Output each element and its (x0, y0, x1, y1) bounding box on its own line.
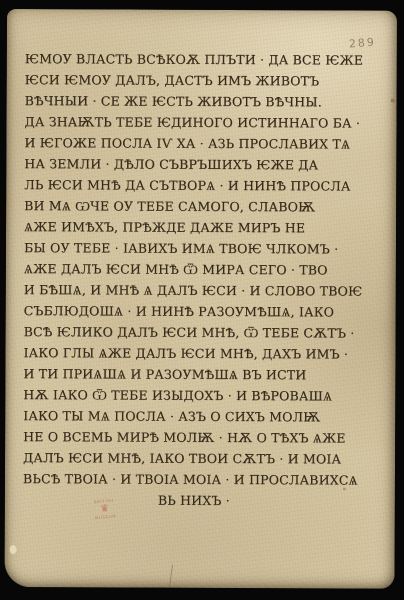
manuscript-line: НА ЗЕМЛИ · ДѢЛО СЪВРЪШИХЪ ѤЖЕ ДА (24, 153, 366, 175)
manuscript-line: ѤСИ ѤМОУ ДАЛЪ, ДАСТЪ ИМЪ ЖИВОТЪ (25, 69, 367, 91)
manuscript-line: ІАКО ГЛЫ ѦЖЕ ДАЛЪ ѤСИ МНѢ, ДАХЪ ИМЪ · (23, 342, 365, 364)
manuscript-line: И ѤГОЖЕ ПОСЛА ІѴ ХА · АЗЬ ПРОСЛАВИХ ТѦ (24, 132, 366, 154)
manuscript-line: ВЬ НИХЪ · (23, 489, 365, 511)
manuscript-text-block: ѤМОУ ВЛАСТЬ ВСѢКОѪ ПЛЪТИ · ДА ВСЕ ѤЖЕѤСИ… (23, 48, 367, 511)
manuscript-line: ѦЖЕ ИМѢХЪ, ПРѢЖДЕ ДАЖЕ МИРЪ НЕ (24, 216, 366, 238)
stamp-bottom-text: MUSEUM (95, 514, 117, 520)
manuscript-line: ѦЖЕ ДАЛЪ ѤСИ МНѢ Ѿ МИРА СЕГО · ТВО (24, 258, 366, 280)
manuscript-line: ІАКО ТЫ МѦ ПОСЛА · АЗЪ О СИХЪ МОЛѬ (23, 405, 365, 427)
folio-number: 289 (348, 35, 376, 50)
manuscript-line: И ТИ ПРИѦШѦ И РАЗОУМѢШѦ ВЪ ИСТИ (23, 363, 365, 385)
manuscript-line: ВЬСѢ ТВОІА · И ТВОІА МОІА · И ПРОСЛАВИХС… (23, 468, 365, 490)
manuscript-line: ВСѢ ѤЛИКО ДАЛЪ ѤСИ МНѢ, Ѿ ТЕБЕ СѪТЪ · (24, 321, 366, 343)
pen-hair-mark (169, 565, 173, 587)
parchment-speck (10, 545, 17, 554)
manuscript-page: 289 ѤМОУ ВЛАСТЬ ВСѢКОѪ ПЛЪТИ · ДА ВСЕ ѤЖ… (4, 9, 397, 589)
manuscript-line: ВИ МѦ ѠЧЕ ОУ ТЕБЕ САМОГО, СЛАВОѬ (24, 195, 366, 217)
manuscript-line: НЕ О ВСЕМЬ МИРѢ МОЛѬ · НѪ О ТѢХЪ ѦЖЕ (23, 426, 365, 448)
manuscript-line: ДА ЗНАѬТЬ ТЕБЕ ѤДИНОГО ИСТИННАГО БА · (24, 111, 366, 133)
manuscript-line: СЪБЛЮДОШѦ · И НИНѢ РАЗОУМѢШѦ, ІАКО (24, 300, 366, 322)
manuscript-line: И БѢШѦ, И МНѢ Ѧ ДАЛЪ ѤСИ · И СЛОВО ТВОѤ (24, 279, 366, 301)
manuscript-line: ЛЬ ѤСИ МНѢ ДА СЪТВОРѦ · И НИНѢ ПРОСЛА (24, 174, 366, 196)
manuscript-line: БЫ ОУ ТЕБЕ · ІАВИХЪ ИМѦ ТВОѤ ЧЛКОМЪ · (24, 237, 366, 259)
manuscript-line: НѪ ІАКО Ѿ ТЕБЕ ИЗЫДОХЪ · И ВѢРОВАШѦ (23, 384, 365, 406)
manuscript-line: ВѢЧНЫИ · СЕ ЖЕ ѤСТЬ ЖИВОТЪ ВѢЧНЫ. (25, 90, 367, 112)
manuscript-line: ѤМОУ ВЛАСТЬ ВСѢКОѪ ПЛЪТИ · ДА ВСЕ ѤЖЕ (25, 48, 367, 70)
parchment-speck (391, 99, 395, 103)
manuscript-line: ДАЛЪ ѤСИ МНѢ, ІАКО ТВОИ СѪТЪ · И МОІА (23, 447, 365, 469)
